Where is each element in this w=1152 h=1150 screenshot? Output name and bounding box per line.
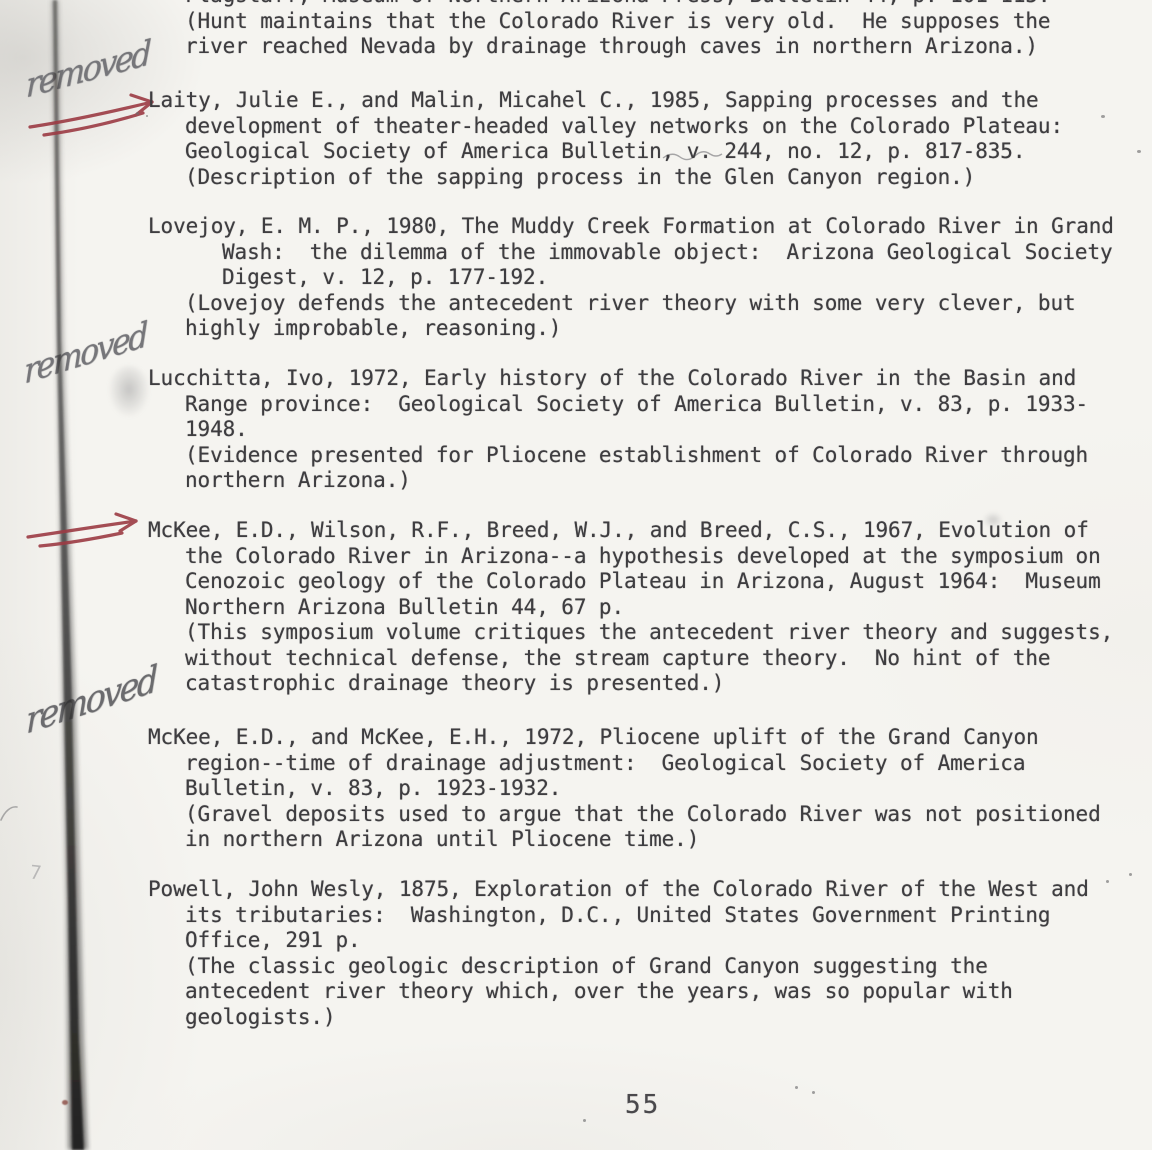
- bibliography-line: development of theater-headed valley net…: [185, 114, 1152, 140]
- bibliography-line: Digest, v. 12, p. 177-192.: [222, 265, 1152, 291]
- bibliography-line: Bulletin, v. 83, p. 1923-1932.: [185, 776, 1152, 802]
- bibliography-line: 1948.: [185, 417, 1152, 443]
- bibliography-line: Range province: Geological Society of Am…: [185, 392, 1152, 418]
- scanned-bibliography-page: removed removed removed 7: [0, 0, 1152, 1150]
- bibliography-line: in northern Arizona until Pliocene time.…: [185, 827, 1152, 853]
- bibliography-line: Laity, Julie E., and Malin, Micahel C., …: [148, 88, 1152, 114]
- bibliography-line: (Description of the sapping process in t…: [185, 165, 1152, 191]
- bibliography-line: highly improbable, reasoning.): [185, 316, 1152, 342]
- bibliography-line: Northern Arizona Bulletin 44, 67 p.: [185, 595, 1152, 621]
- bibliography-line: (The classic geologic description of Gra…: [185, 954, 1152, 980]
- bibliography-line: Flagstaff, Museum of Northern Arizona Pr…: [185, 0, 1152, 9]
- bibliography-line: region--time of drainage adjustment: Geo…: [185, 751, 1152, 777]
- bibliography-entry: Flagstaff, Museum of Northern Arizona Pr…: [0, 0, 1152, 60]
- page-number: 55: [625, 1090, 660, 1120]
- bibliography-line: (Evidence presented for Pliocene establi…: [185, 443, 1152, 469]
- bibliography-entry: Powell, John Wesly, 1875, Exploration of…: [0, 877, 1152, 1030]
- bibliography-line: catastrophic drainage theory is presente…: [185, 671, 1152, 697]
- bibliography-line: (Hunt maintains that the Colorado River …: [185, 9, 1152, 35]
- bibliography-line: Powell, John Wesly, 1875, Exploration of…: [148, 877, 1152, 903]
- bibliography-line: Geological Society of America Bulletin, …: [185, 139, 1152, 165]
- bibliography-line: without technical defense, the stream ca…: [185, 646, 1152, 672]
- bibliography-line: geologists.): [185, 1005, 1152, 1031]
- bibliography-entry: Laity, Julie E., and Malin, Micahel C., …: [0, 88, 1152, 190]
- bibliography-line: its tributaries: Washington, D.C., Unite…: [185, 903, 1152, 929]
- bibliography: Flagstaff, Museum of Northern Arizona Pr…: [0, 0, 1152, 1150]
- bibliography-line: Office, 291 p.: [185, 928, 1152, 954]
- bibliography-line: Lucchitta, Ivo, 1972, Early history of t…: [148, 366, 1152, 392]
- bibliography-line: antecedent river theory which, over the …: [185, 979, 1152, 1005]
- bibliography-line: (Gravel deposits used to argue that the …: [185, 802, 1152, 828]
- bibliography-line: McKee, E.D., Wilson, R.F., Breed, W.J., …: [148, 518, 1152, 544]
- bibliography-line: (Lovejoy defends the antecedent river th…: [185, 291, 1152, 317]
- bibliography-line: McKee, E.D., and McKee, E.H., 1972, Plio…: [148, 725, 1152, 751]
- bibliography-line: the Colorado River in Arizona--a hypothe…: [185, 544, 1152, 570]
- bibliography-entry: McKee, E.D., and McKee, E.H., 1972, Plio…: [0, 725, 1152, 853]
- bibliography-line: (This symposium volume critiques the ant…: [185, 620, 1152, 646]
- bibliography-line: Wash: the dilemma of the immovable objec…: [222, 240, 1152, 266]
- bibliography-line: Lovejoy, E. M. P., 1980, The Muddy Creek…: [148, 214, 1152, 240]
- bibliography-entry: Lucchitta, Ivo, 1972, Early history of t…: [0, 366, 1152, 494]
- bibliography-line: river reached Nevada by drainage through…: [185, 34, 1152, 60]
- bibliography-line: northern Arizona.): [185, 468, 1152, 494]
- bibliography-entry: Lovejoy, E. M. P., 1980, The Muddy Creek…: [0, 214, 1152, 342]
- bibliography-line: Cenozoic geology of the Colorado Plateau…: [185, 569, 1152, 595]
- bibliography-entry: McKee, E.D., Wilson, R.F., Breed, W.J., …: [0, 518, 1152, 697]
